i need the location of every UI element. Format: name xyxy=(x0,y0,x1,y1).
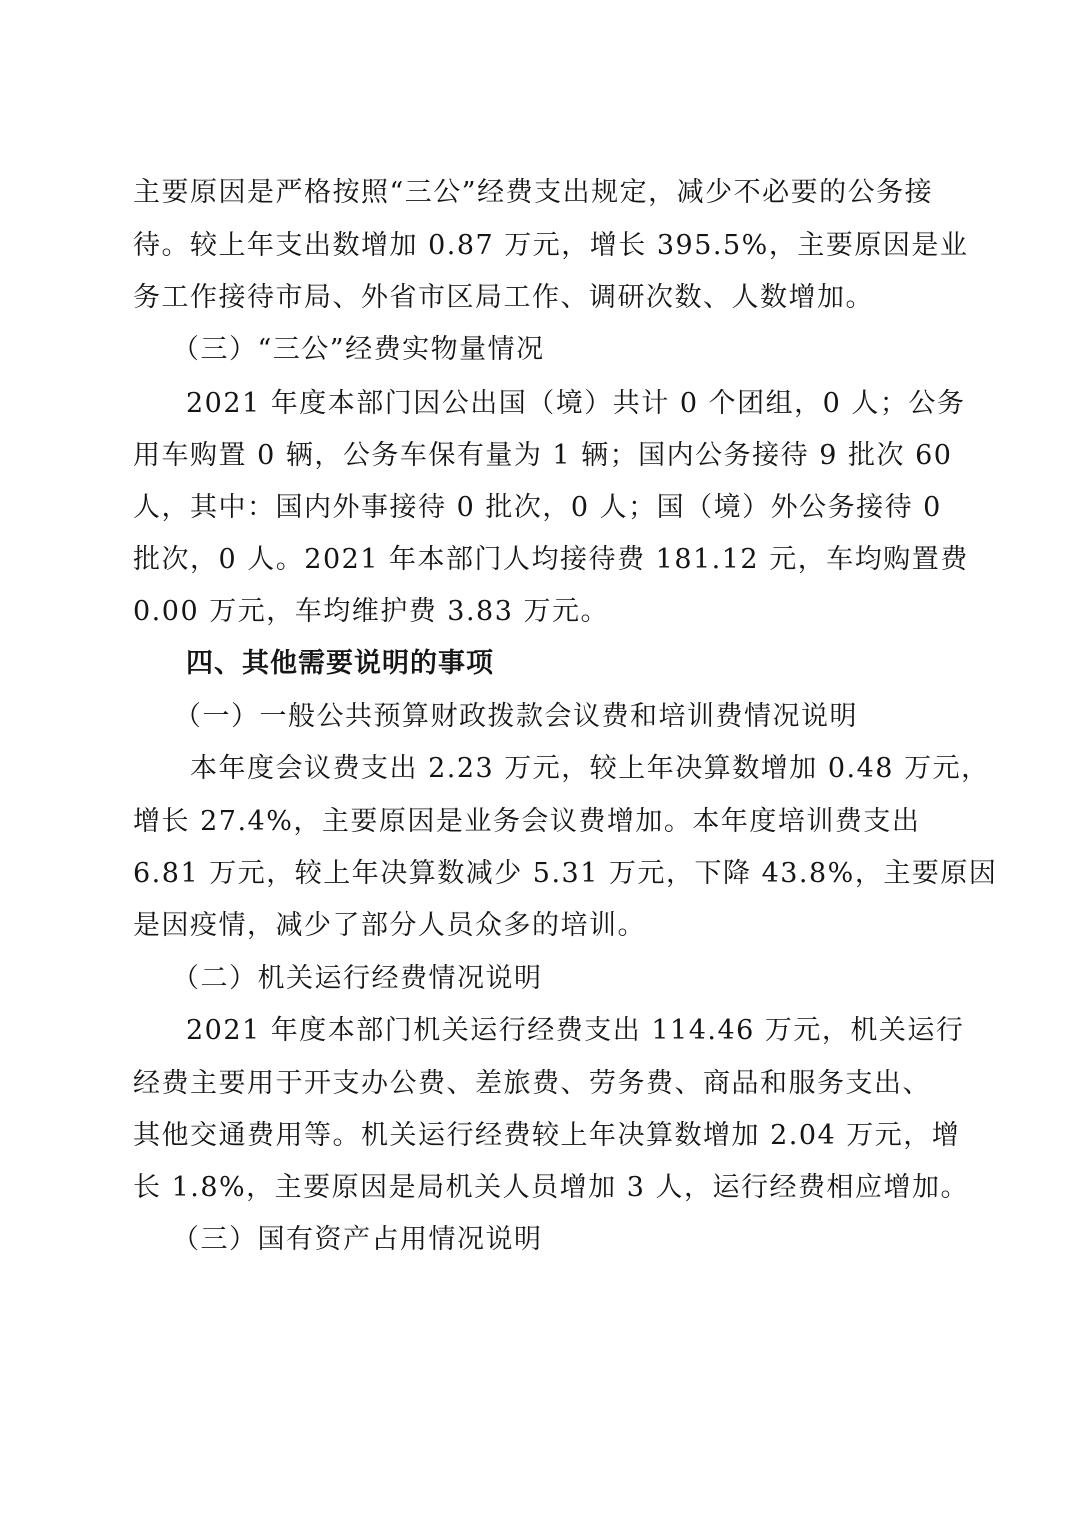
paragraph-line: 6.81 万元，较上年决算数减少 5.31 万元，下降 43.8%，主要原因 xyxy=(133,854,997,894)
paragraph-line: 待。较上年支出数增加 0.87 万元，增长 395.5%，主要原因是业 xyxy=(133,226,968,266)
paragraph-line: 其他交通费用等。机关运行经费较上年决算数增加 2.04 万元，增 xyxy=(133,1116,960,1156)
section-subheading-meeting-training: （一）一般公共预算财政拨款会议费和培训费情况说明 xyxy=(174,697,858,737)
paragraph-line: 本年度会议费支出 2.23 万元，较上年决算数增加 0.48 万元， xyxy=(190,749,990,789)
paragraph-line: 人，其中：国内外事接待 0 批次，0 人；国（境）外公务接待 0 xyxy=(133,488,942,528)
paragraph-line: 经费主要用于开支办公费、差旅费、劳务费、商品和服务支出、 xyxy=(133,1064,931,1104)
paragraph-line: 用车购置 0 辆，公务车保有量为 1 辆；国内公务接待 9 批次 60 xyxy=(133,436,952,476)
section-subheading-operating-expenses: （二）机关运行经费情况说明 xyxy=(172,959,543,999)
paragraph-line: 主要原因是严格按照“三公”经费支出规定，减少不必要的公务接 xyxy=(133,173,933,213)
section-heading-other-matters: 四、其他需要说明的事项 xyxy=(186,644,494,684)
paragraph-line: 2021 年度本部门因公出国（境）共计 0 个团组，0 人；公务 xyxy=(186,384,965,424)
paragraph-line: 批次，0 人。2021 年本部门人均接待费 181.12 元，车均购置费 xyxy=(133,540,969,580)
paragraph-line: 长 1.8%，主要原因是局机关人员增加 3 人，运行经费相应增加。 xyxy=(133,1168,969,1208)
section-subheading-state-assets: （三）国有资产占用情况说明 xyxy=(172,1220,543,1260)
document-page: 主要原因是严格按照“三公”经费支出规定，减少不必要的公务接 待。较上年支出数增加… xyxy=(0,0,1074,1520)
paragraph-line: 增长 27.4%，主要原因是业务会议费增加。本年度培训费支出 xyxy=(133,802,920,842)
paragraph-line: 0.00 万元，车均维护费 3.83 万元。 xyxy=(133,592,609,632)
paragraph-line: 务工作接待市局、外省市区局工作、调研次数、人数增加。 xyxy=(133,278,874,318)
paragraph-line: 是因疫情，减少了部分人员众多的培训。 xyxy=(133,906,646,946)
section-subheading-sangong-physical: （三）“三公”经费实物量情况 xyxy=(172,330,545,370)
paragraph-line: 2021 年度本部门机关运行经费支出 114.46 万元，机关运行 xyxy=(186,1011,964,1051)
